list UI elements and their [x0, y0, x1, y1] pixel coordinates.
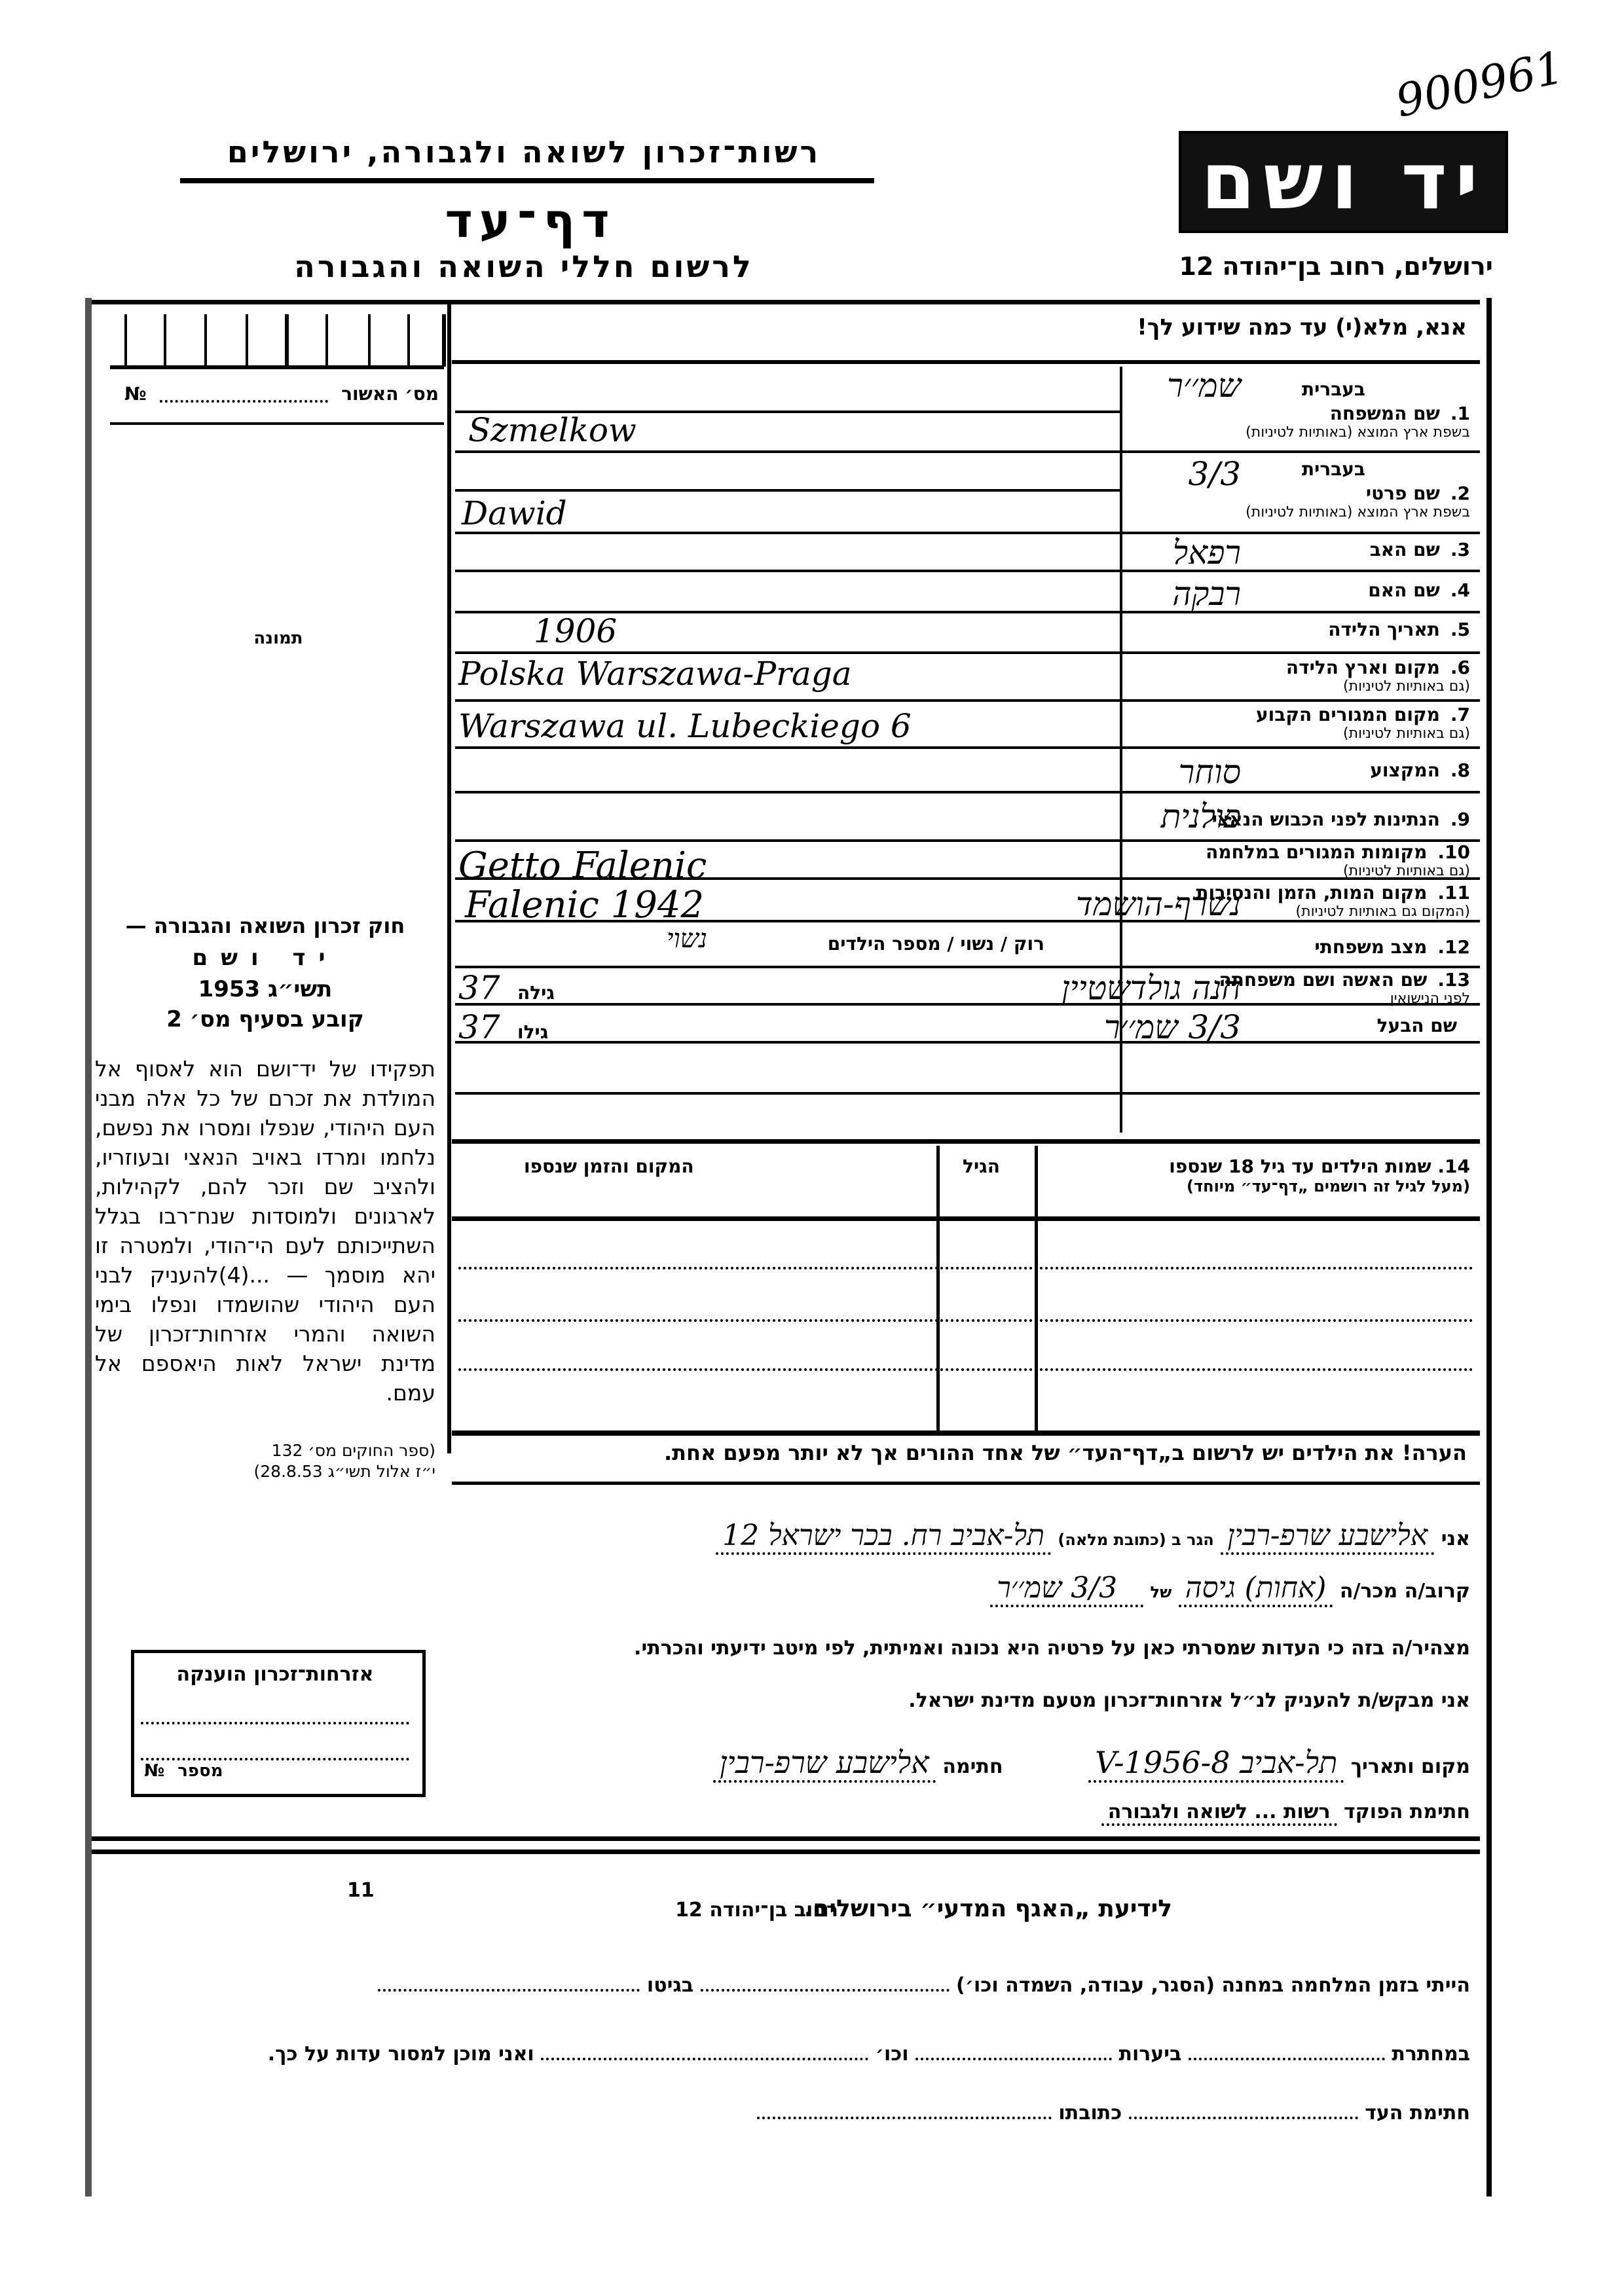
field-label-wartime-residence: 10.מקומות המגורים במלחמה(גם באותיות לטינ… — [1206, 841, 1470, 879]
hebrew-tag-1: בעברית — [1302, 378, 1365, 400]
attention-address: רחוב בן־יהודה 12 — [675, 1899, 838, 1922]
field-label-birth-date: 5.תאריך הלידה — [1328, 619, 1470, 640]
camp-field[interactable] — [701, 1989, 950, 1992]
note-rule — [452, 1482, 1480, 1485]
field-label-family-name: 1.שם המשפחהבשפת ארץ המוצא (באותיות לטיני… — [1246, 403, 1470, 441]
value-wife-age[interactable]: 37 — [458, 969, 500, 1007]
children-col-age: הגיל — [963, 1156, 1000, 1177]
children-col-sep-2 — [936, 1146, 940, 1430]
organization-name: רשות־זכרון לשואה ולגבורה, ירושלים — [177, 134, 871, 170]
row-rule — [455, 699, 1480, 702]
other-field[interactable] — [541, 2058, 868, 2060]
declaration-line-1: אני אלישבע שרפ-רבין הגר ב (כתובת מלאה) ת… — [716, 1519, 1470, 1552]
approval-rule — [110, 422, 444, 425]
field-label-birth-place: 6.מקום וארץ הלידה(גם באותיות לטיניות) — [1286, 657, 1470, 695]
row-rule — [455, 651, 1480, 654]
place-date-row: מקום ותאריך תל-אביב 8-V-1956 חתימה אלישב… — [713, 1745, 1470, 1780]
value-nationality[interactable]: פולנית — [1161, 797, 1241, 835]
officer-stamp[interactable]: רשות ... לשואה ולגבורה — [1101, 1800, 1337, 1826]
forests-field[interactable] — [915, 2058, 1112, 2060]
wife-age-label: גילה — [517, 982, 555, 1004]
field-label-residence: 7.מקום המגורים הקבוע(גם באותיות לטיניות) — [1256, 704, 1470, 742]
row-rule — [455, 570, 1480, 572]
stamp-box-line[interactable] — [141, 1722, 409, 1724]
number-symbol: № — [124, 383, 147, 405]
partial-stamp: 11 — [347, 1879, 375, 1902]
frame-top-rule — [92, 300, 1480, 304]
victim-name-field[interactable]: 3/3 שמ׳׳ר — [990, 1571, 1143, 1607]
law-reference: (ספר החוקים מס׳ 132 י״ז אלול תשי״ג 28.8.… — [95, 1440, 435, 1482]
row-rule — [455, 1041, 1480, 1044]
row-rule — [455, 746, 1480, 749]
value-husband-name[interactable]: 3/3 שמ׳׳ר — [1104, 1008, 1241, 1046]
section-divider-2 — [92, 1850, 1480, 1854]
underground-field[interactable] — [1189, 2058, 1385, 2060]
law-section: קובע בסעיף מס׳ 2 — [95, 1006, 435, 1032]
declaration-statement: מצהיר/ה בזה כי העדות שמסרתי כאן על פרטיה… — [634, 1637, 1470, 1660]
law-body-text: תפקידו של יד־ושם הוא לאסוף אל המולדת את … — [95, 1054, 435, 1408]
law-header: חוק זכרון השואה והגבורה — יד ושם תשי״ג 1… — [95, 913, 435, 1032]
value-husband-age[interactable]: 37 — [458, 1008, 500, 1046]
row-rule — [455, 1092, 1480, 1095]
hebrew-tag-2: בעברית — [1302, 458, 1365, 480]
intro-rule — [452, 360, 1480, 364]
children-row-1[interactable] — [458, 1267, 1473, 1269]
children-col-place: המקום והזמן שנספו — [524, 1156, 694, 1177]
witness-signature-field[interactable] — [1129, 2117, 1358, 2119]
field-label-father: 3.שם האב — [1370, 539, 1470, 560]
field-label-marital-status: 12.מצב משפחתי — [1315, 936, 1471, 958]
place-date-field[interactable]: תל-אביב 8-V-1956 — [1088, 1745, 1344, 1783]
officer-signature-row: חתימת הפוקד רשות ... לשואה ולגבורה — [1101, 1800, 1470, 1823]
page-title: דף־עד — [367, 193, 694, 248]
law-reference-line1: (ספר החוקים מס׳ 132 — [95, 1440, 435, 1461]
stamp-number-field[interactable] — [141, 1758, 409, 1760]
value-residence[interactable]: Warszawa ul. Lubeckiego 6 — [458, 707, 912, 745]
children-row-2[interactable] — [458, 1319, 1473, 1322]
value-first-name-hebrew[interactable]: 3/3 — [1189, 455, 1241, 493]
value-wartime-residence[interactable]: Getto Falenic — [458, 845, 707, 887]
value-death-place-date[interactable]: Falenic 1942 — [465, 884, 704, 926]
field-label-husband-name: שם הבעל — [1377, 1015, 1457, 1036]
value-first-name-latin[interactable]: Dawid — [462, 494, 567, 532]
field-label-first-name: 2.שם פרטיבשפת ארץ המוצא (באותיות לטיניות… — [1246, 483, 1470, 520]
value-father-name[interactable]: רפאל — [1173, 534, 1241, 572]
value-birth-place[interactable]: Polska Warszawa-Praga — [458, 655, 852, 693]
header-address: ירושלים, רחוב בן־יהודה 12 — [1048, 252, 1493, 281]
value-family-name-hebrew[interactable]: שמ׳׳ר — [1167, 367, 1241, 405]
witness-signature-row: חתימת העד כתובתו — [757, 2102, 1470, 2124]
column-separator — [447, 301, 451, 1453]
row-rule — [455, 791, 1480, 793]
document-number: 900961 — [1392, 42, 1568, 128]
approval-label: מס׳ האשור — [341, 383, 439, 405]
value-wife-name[interactable]: חנה גולדשטיין — [1061, 969, 1241, 1007]
header-rule — [180, 178, 874, 183]
yad-vashem-logo: יד ושם — [1179, 131, 1508, 233]
field-label-wife-name: 13.שם האשה ושם משפחתהלפני הנישואין — [1219, 969, 1470, 1007]
husband-age-label: גילו — [517, 1021, 548, 1043]
field-label-mother: 4.שם האם — [1368, 579, 1470, 601]
witness-address-field[interactable]: תל-אביב רח. בכר ישראל 12 — [716, 1519, 1051, 1555]
citizenship-stamp-title: אזרחות־זכרון הוענקה — [141, 1663, 409, 1686]
declaration-request: אני מבקש/ת להעניק לנ״ל אזרחות־זכרון מטעם… — [908, 1689, 1470, 1712]
marital-status-options: רוק / נשוי / מספר הילדים — [828, 933, 1044, 955]
witness-name-field[interactable]: אלישבע שרפ-רבין — [1221, 1519, 1434, 1555]
value-marital-status[interactable]: נשוי — [667, 923, 707, 954]
photo-label: תמונה — [196, 629, 360, 648]
children-note: הערה! את הילדים יש לרשום ב„דף־העד״ של אח… — [452, 1440, 1467, 1465]
row-rule — [455, 489, 1120, 492]
approval-number-row: № מס׳ האשור — [111, 383, 439, 405]
row-rule — [455, 450, 1480, 453]
stamp-number-row: № מספר — [144, 1761, 223, 1781]
ghetto-field[interactable] — [378, 1989, 640, 1992]
value-birth-date[interactable]: 1906 — [534, 612, 617, 650]
field-label-profession: 8.המקצוע — [1370, 759, 1470, 781]
children-table-bottom — [452, 1430, 1480, 1436]
law-yad-vashem: יד ושם — [95, 945, 435, 971]
value-mother-name[interactable]: רבקה — [1172, 575, 1241, 613]
form-intro: אנא, מלא(י) עד כמה שידוע לך! — [1048, 314, 1467, 340]
law-reference-line2: י״ז אלול תשי״ג 28.8.53) — [95, 1461, 435, 1482]
children-header-rule — [452, 1216, 1480, 1221]
approval-number-field[interactable] — [160, 386, 329, 403]
children-table-top — [452, 1139, 1480, 1144]
value-death-circumstances[interactable]: נשרף-הושמד — [1076, 885, 1241, 923]
attention-heading: לידיעת „האגף המדעי״ בירושלים. — [804, 1895, 1172, 1922]
code-boxes-rule — [110, 365, 444, 369]
witness-underground-row: במחתרת ביערות וכו׳ ואני מוכן למסור עדות … — [268, 2043, 1470, 2066]
page-subtitle: לרשום חללי השואה והגבורה — [249, 249, 799, 284]
row-rule — [455, 532, 1480, 534]
witness-address-footer-field[interactable] — [757, 2117, 1052, 2119]
law-year: תשי״ג 1953 — [95, 976, 435, 1002]
section-divider-1 — [92, 1836, 1480, 1841]
row-rule — [455, 966, 1480, 968]
witness-camp-row: הייתי בזמן המלחמה במחנה (הסגר, עבודה, הש… — [378, 1974, 1470, 1997]
law-title: חוק זכרון השואה והגבורה — — [95, 913, 435, 938]
declaration-line-2: קרוב/ה מכר/ה (אחות) גיסה של 3/3 שמ׳׳ר — [990, 1571, 1470, 1605]
code-boxes — [105, 314, 445, 367]
children-col-sep-1 — [1035, 1146, 1038, 1430]
children-row-3[interactable] — [458, 1368, 1473, 1371]
value-profession[interactable]: סוחר — [1179, 753, 1241, 791]
relation-field[interactable]: (אחות) גיסה — [1179, 1571, 1333, 1607]
children-col-name: 14. שמות הילדים עד גיל 18 שנספו (מעל לגי… — [1169, 1156, 1470, 1195]
field-label-nationality: 9.הנתינות לפני הכבוש הנאצי — [1212, 809, 1470, 830]
value-family-name-latin[interactable]: Szmelkow — [468, 411, 637, 449]
signature-field[interactable]: אלישבע שרפ-רבין — [713, 1745, 936, 1783]
